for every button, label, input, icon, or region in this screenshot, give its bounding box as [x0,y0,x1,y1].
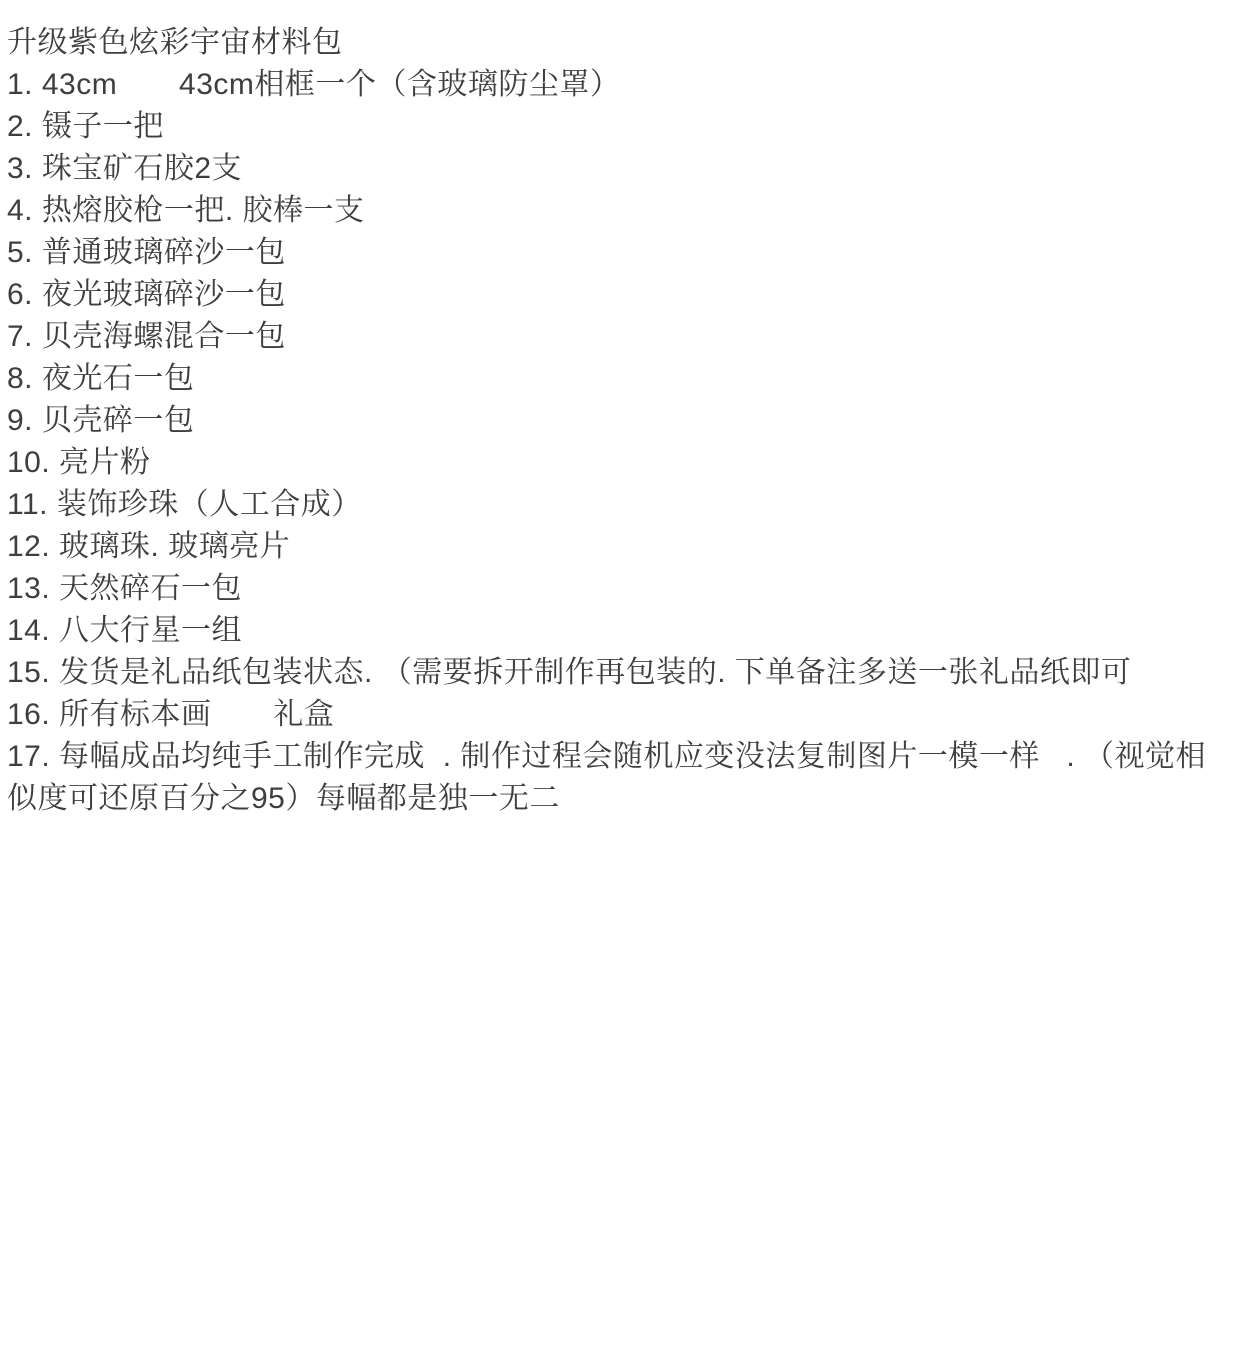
list-item-11: 11. 装饰珍珠（人工合成） [7,484,1232,526]
list-item-1: 1. 43cm 43cm相框一个（含玻璃防尘罩） [7,64,1232,106]
list-item-2: 2. 镊子一把 [7,106,1232,148]
list-item-3: 3. 珠宝矿石胶2支 [7,148,1232,190]
product-description-document: 升级紫色炫彩宇宙材料包 1. 43cm 43cm相框一个（含玻璃防尘罩） 2. … [0,0,1240,820]
list-item-13: 13. 天然碎石一包 [7,568,1232,610]
list-item-16: 16. 所有标本画 礼盒 [7,694,1232,736]
list-item-10: 10. 亮片粉 [7,442,1232,484]
list-item-14: 14. 八大行星一组 [7,610,1232,652]
list-item-9: 9. 贝壳碎一包 [7,400,1232,442]
list-item-8: 8. 夜光石一包 [7,358,1232,400]
list-item-7: 7. 贝壳海螺混合一包 [7,316,1232,358]
list-item-4: 4. 热熔胶枪一把. 胶棒一支 [7,190,1232,232]
list-item-15: 15. 发货是礼品纸包装状态. （需要拆开制作再包装的. 下单备注多送一张礼品纸… [7,652,1232,694]
list-item-5: 5. 普通玻璃碎沙一包 [7,232,1232,274]
page-title: 升级紫色炫彩宇宙材料包 [7,22,1232,64]
list-item-6: 6. 夜光玻璃碎沙一包 [7,274,1232,316]
list-item-17: 17. 每幅成品均纯手工制作完成 . 制作过程会随机应变没法复制图片一模一样 .… [7,736,1232,820]
list-item-12: 12. 玻璃珠. 玻璃亮片 [7,526,1232,568]
